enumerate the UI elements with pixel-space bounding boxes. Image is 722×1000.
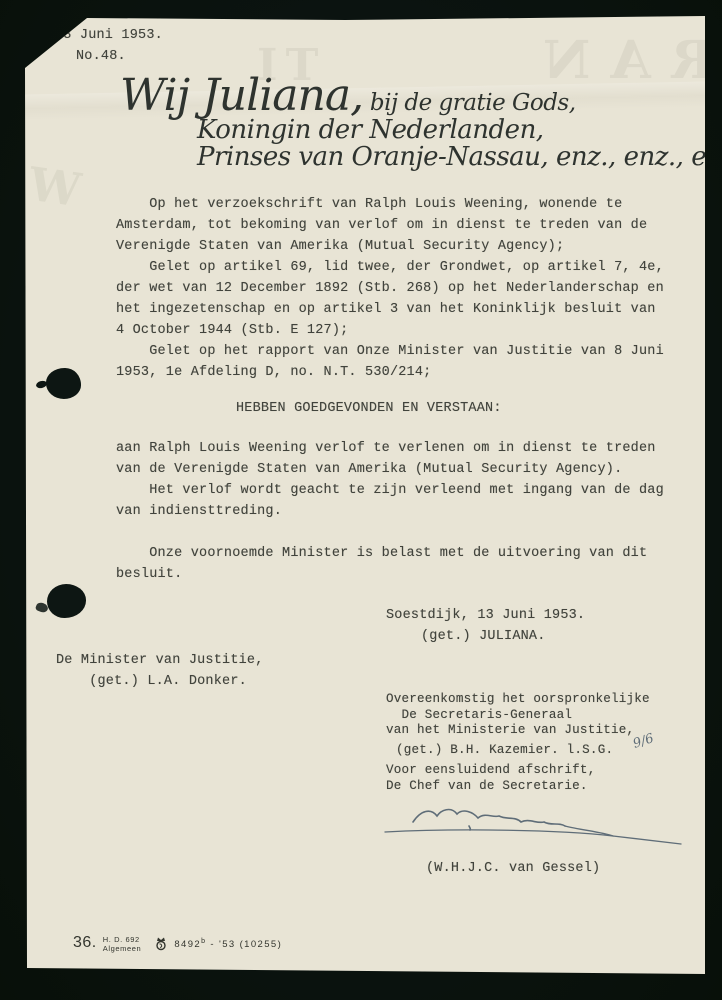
minister-signature-block: De Minister van Justitie, (get.) L.A. Do… (56, 650, 264, 692)
punch-hole-bottom (47, 584, 86, 618)
decision-heading: HEBBEN GOEDGEVONDEN EN VERSTAAN: (236, 398, 502, 419)
footer-print-code-suffix: - '53 (10255) (206, 939, 282, 950)
footer-print-code-prefix: 8492 (174, 939, 201, 950)
royal-salutation: Wij Juliana, (120, 70, 363, 121)
royal-heading-line1: Wij Juliana, bij de gratie Gods, (120, 70, 576, 121)
queen-signature-line: (get.) JULIANA. (421, 626, 546, 647)
punch-hole-top (46, 368, 81, 399)
certification-top-lines: Overeenkomstig het oorspronkelijke De Se… (386, 692, 650, 739)
date-line: 13 Juni 1953. (55, 25, 163, 46)
file-number: No.48. (76, 46, 126, 67)
place-date-line: Soestdijk, 13 Juni 1953. (386, 605, 585, 626)
ghost-bleedthrough-text: W (25, 157, 84, 218)
clerk-name-line: (W.H.J.C. van Gessel) (426, 858, 600, 879)
paper-sheet: IT RAN W 13 Juni 1953. No.48. Wij Julian… (25, 14, 705, 976)
certification-kazemier-line: (get.) B.H. Kazemier. l.S.G. (396, 743, 613, 759)
footer-page-number: 36. (73, 934, 97, 952)
considerations-paragraphs: Op het verzoekschrift van Ralph Louis We… (116, 194, 664, 383)
clerk-signature-icon (381, 796, 691, 851)
footer-form-code-bottom: Algemeen (103, 944, 142, 953)
royal-heading-line3: Prinses van Oranje-Nassau, enz., enz., e… (197, 142, 722, 172)
footer-form-code: H. D. 692 Algemeen (103, 936, 142, 953)
royal-heading-line2: Koningin der Nederlanden, (197, 115, 544, 145)
certification-bottom-lines: Voor eensluidend afschrift, De Chef van … (386, 763, 595, 794)
printer-footer: 36. H. D. 692 Algemeen 8492b - '53 (1025… (73, 934, 282, 953)
footer-print-code: 8492b - '53 (10255) (174, 938, 282, 950)
decision-paragraph: aan Ralph Louis Weening verlof te verlen… (116, 438, 664, 522)
royal-grace: bij de gratie Gods, (363, 90, 576, 116)
printer-mark-crown-icon (155, 936, 167, 951)
execution-paragraph: Onze voornoemde Minister is belast met d… (116, 543, 647, 585)
scanned-document: IT RAN W 13 Juni 1953. No.48. Wij Julian… (0, 0, 722, 1000)
